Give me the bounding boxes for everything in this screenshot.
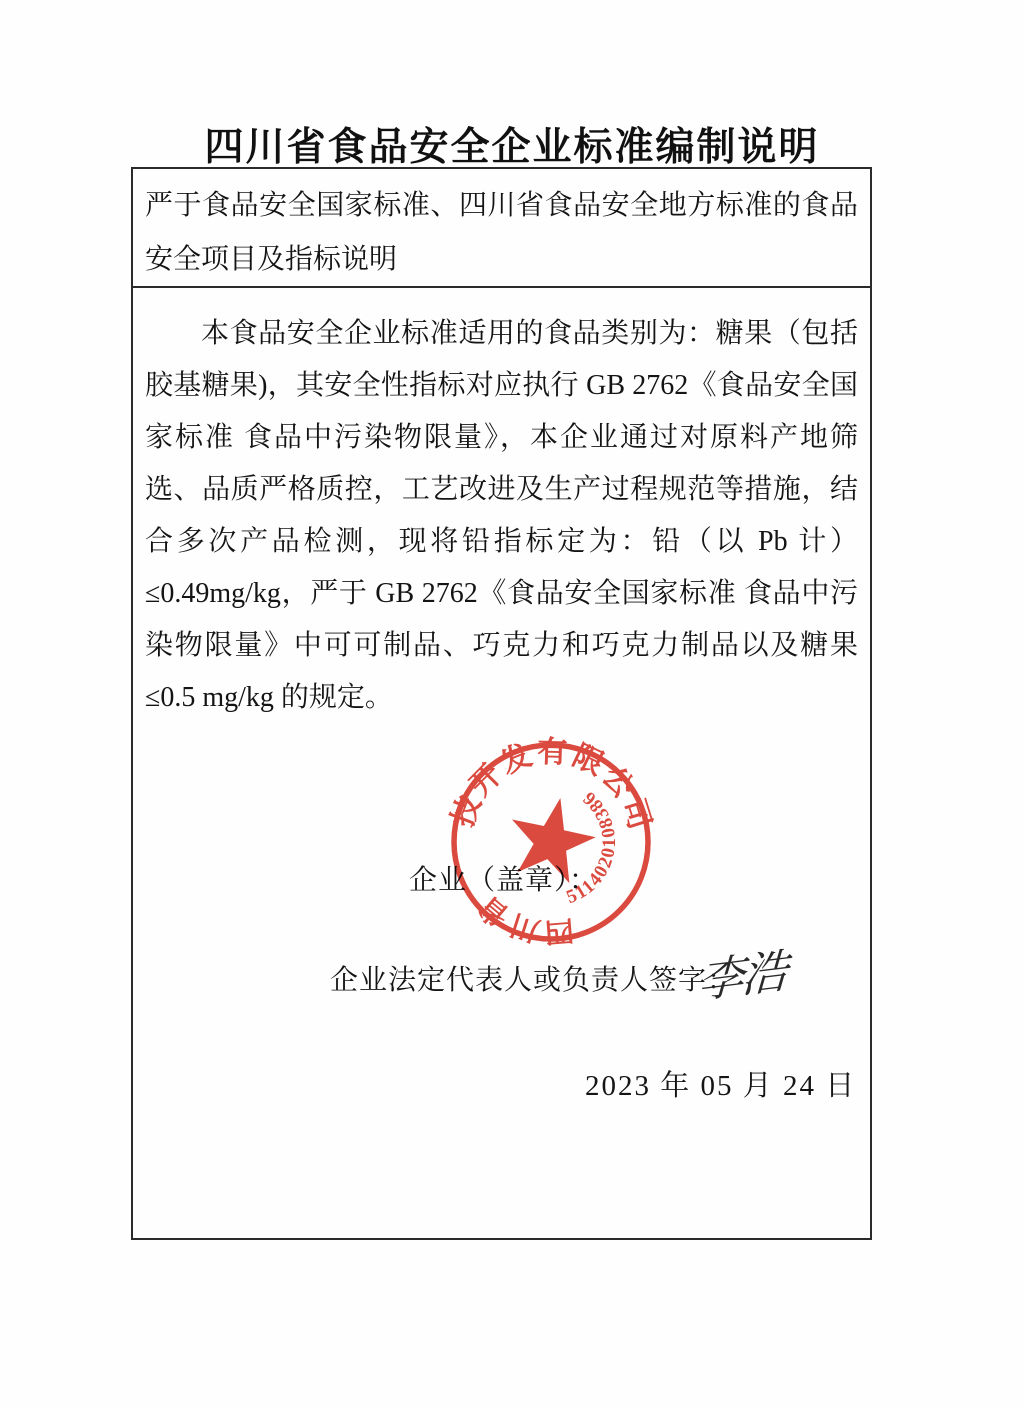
svg-text:四川省: 四川省 bbox=[471, 888, 575, 948]
document-sheet: 四川省食品安全企业标准编制说明 严于食品安全国家标准、四川省食品安全地方标准的食… bbox=[0, 0, 1024, 1407]
company-stamp-icon: 四川省 技开发有限公司 5114020108386 bbox=[444, 735, 658, 949]
table-header-cell: 严于食品安全国家标准、四川省食品安全地方标准的食品安全项目及指标说明 bbox=[133, 169, 870, 288]
document-title: 四川省食品安全企业标准编制说明 bbox=[0, 116, 1024, 172]
stamp-ring-text-bottom: 四川省 bbox=[471, 888, 575, 948]
date-line: 2023 年 05 月 24 日 bbox=[585, 1063, 856, 1104]
legal-rep-signature-label: 企业法定代表人或负责人签字： bbox=[330, 958, 736, 998]
signature-handwritten: 李浩 bbox=[697, 934, 788, 1012]
body-paragraph: 本食品安全企业标准适用的食品类别为：糖果（包括胶基糖果)，其安全性指标对应执行 … bbox=[145, 308, 858, 724]
stamp-svg: 四川省 技开发有限公司 5114020108386 bbox=[444, 735, 658, 949]
